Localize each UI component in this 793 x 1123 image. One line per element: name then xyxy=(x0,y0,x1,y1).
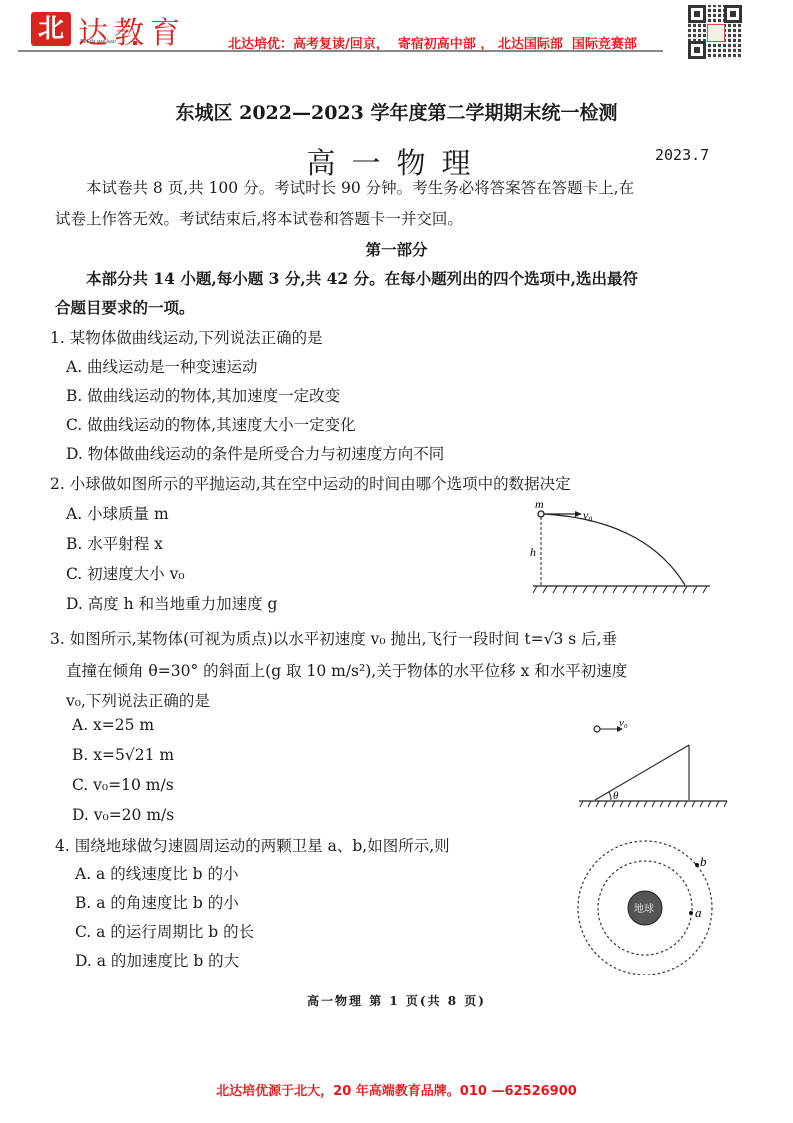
svg-text:h: h xyxy=(530,545,536,559)
question-stem-line-2: 直撞在倾角 θ=30° 的斜面上(g 取 10 m/s²),关于物体的水平位移 … xyxy=(66,659,627,681)
header-divider xyxy=(18,50,663,52)
page-number: 高一物理 第 1 页(共 8 页) xyxy=(0,992,793,1009)
satellite-orbit-figure: 地球 a b xyxy=(570,835,730,975)
option-c: C. 做曲线运动的物体,其速度大小一定变化 xyxy=(66,413,356,435)
incline-figure: v₀ θ xyxy=(575,712,735,812)
logo-text: 达教育 xyxy=(78,8,186,52)
question-stem-line-1: 3. 如图所示,某物体(可视为质点)以水平初速度 v₀ 抛出,飞行一段时间 t=… xyxy=(50,627,617,649)
footer-advertisement: 北达培优源于北大，20 年高端教育品牌。010 —62526900 xyxy=(0,1080,793,1099)
option-d: D. v₀=20 m/s xyxy=(72,806,174,824)
question-stem: 2. 小球做如图所示的平抛运动,其在空中运动的时间由哪个选项中的数据决定 xyxy=(50,472,571,494)
svg-text:m: m xyxy=(535,500,544,511)
part-description-line-1: 本部分共 14 小题,每小题 3 分,共 42 分。在每小题列出的四个选项中,选… xyxy=(86,267,638,289)
option-a: A. 曲线运动是一种变速运动 xyxy=(66,355,258,377)
option-b: B. a 的角速度比 b 的小 xyxy=(75,891,239,913)
option-c: C. v₀=10 m/s xyxy=(72,776,174,794)
part-description-line-2: 合题目要求的一项。 xyxy=(55,296,195,318)
instructions-line-1: 本试卷共 8 页,共 100 分。考试时长 90 分钟。考生务必将答案答在答题卡… xyxy=(86,176,634,198)
svg-text:a: a xyxy=(695,905,702,920)
option-a: A. a 的线速度比 b 的小 xyxy=(75,862,239,884)
logo-subtitle: Bei da gao kao xyxy=(80,39,116,45)
qr-code-icon xyxy=(688,5,742,59)
svg-text:地球: 地球 xyxy=(634,902,654,915)
question-stem-line-3: v₀,下列说法正确的是 xyxy=(66,689,210,711)
question-stem: 4. 围绕地球做匀速圆周运动的两颗卫星 a、b,如图所示,则 xyxy=(55,834,450,856)
logo-mark: 北 xyxy=(31,12,71,46)
option-c: C. a 的运行周期比 b 的长 xyxy=(75,920,254,942)
svg-text:θ: θ xyxy=(613,790,619,802)
option-b: B. 水平射程 x xyxy=(66,532,163,554)
instructions-line-2: 试卷上作答无效。考试结束后,将本试卷和答题卡一并交回。 xyxy=(55,207,463,229)
svg-text:v₀: v₀ xyxy=(619,717,628,729)
projectile-figure: m v₀ h xyxy=(525,500,715,600)
svg-text:b: b xyxy=(700,854,707,869)
option-d: D. 物体做曲线运动的条件是所受合力与初速度方向不同 xyxy=(66,442,444,464)
exam-date: 2023.7 xyxy=(655,146,709,164)
option-d: D. 高度 h 和当地重力加速度 g xyxy=(66,592,277,614)
question-stem: 1. 某物体做曲线运动,下列说法正确的是 xyxy=(50,326,323,348)
exam-title: 东城区 2022—2023 学年度第二学期期末统一检测 xyxy=(0,98,793,125)
logo-dot xyxy=(133,41,137,45)
option-d: D. a 的加速度比 b 的大 xyxy=(75,949,239,971)
option-c: C. 初速度大小 v₀ xyxy=(66,562,185,584)
option-b: B. x=5√21 m xyxy=(72,746,174,764)
option-a: A. x=25 m xyxy=(72,716,154,734)
part-heading: 第一部分 xyxy=(0,238,793,260)
option-a: A. 小球质量 m xyxy=(66,502,169,524)
option-b: B. 做曲线运动的物体,其加速度一定改变 xyxy=(66,384,340,406)
